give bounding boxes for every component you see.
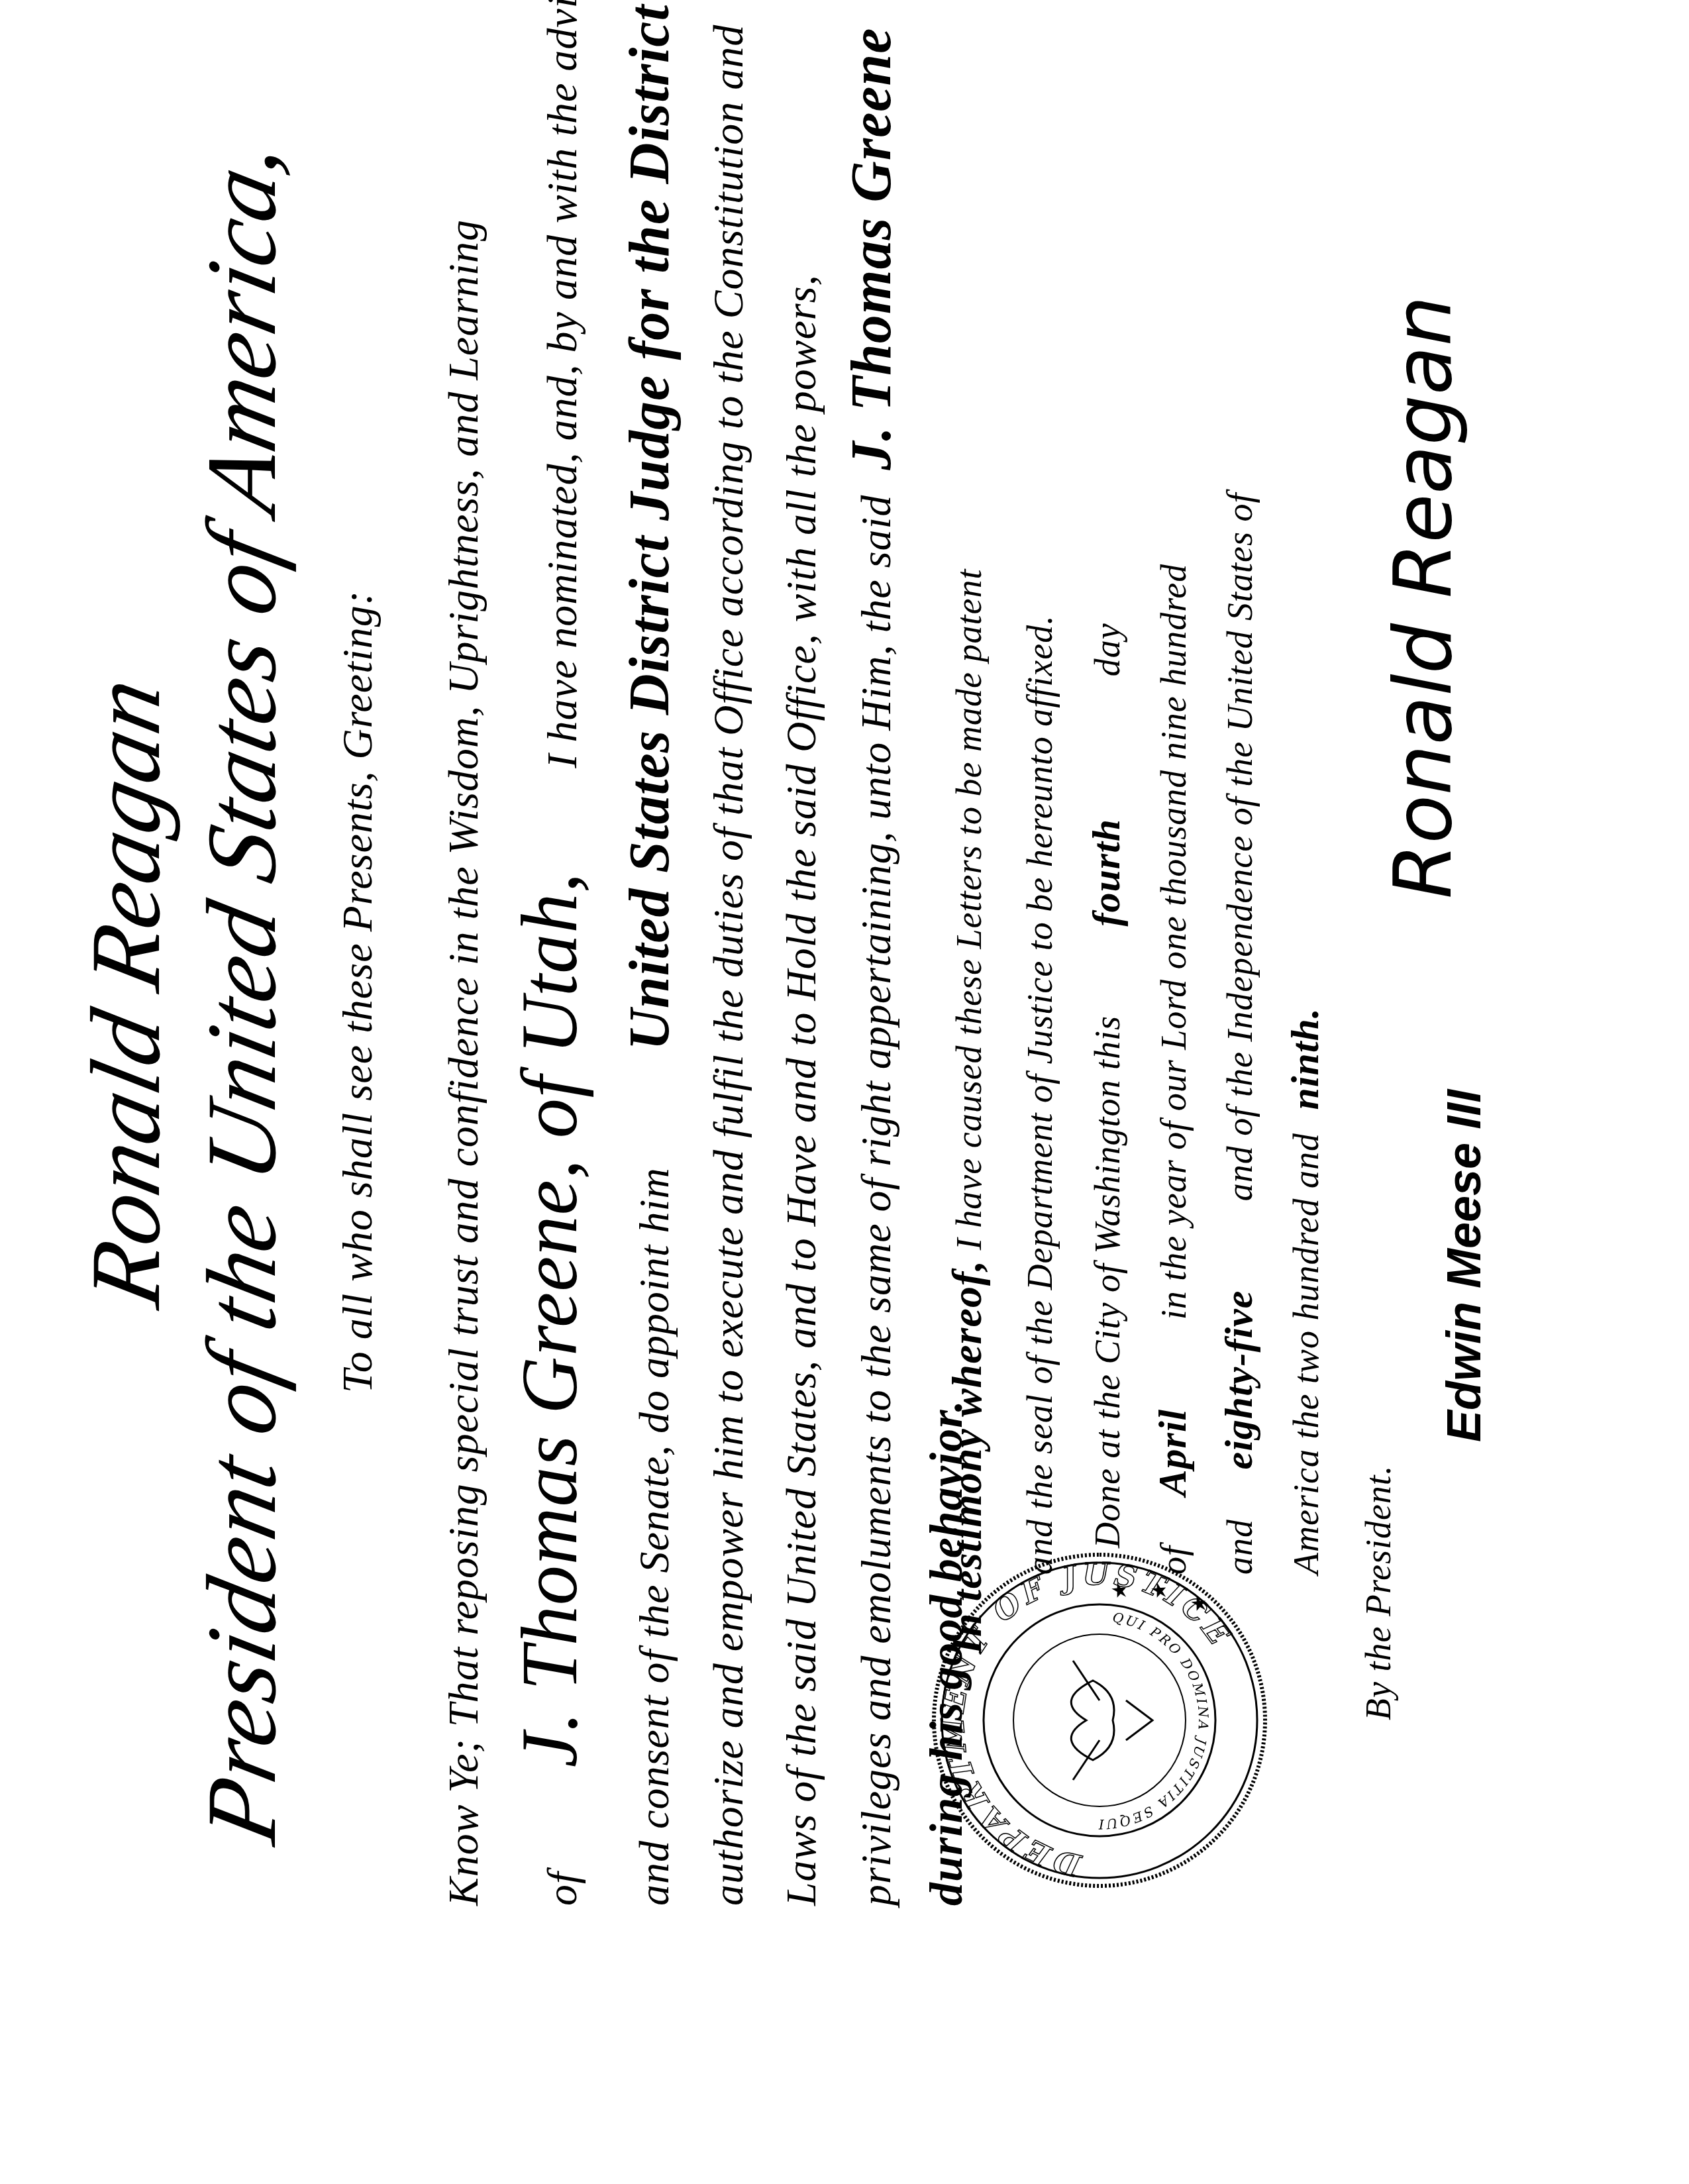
- greeting-line: To all who shall see these Presents, Gre…: [331, 263, 384, 1720]
- testimony-text: and of the Independence of the United St…: [1220, 492, 1260, 1201]
- svg-text:★: ★: [1148, 1582, 1171, 1601]
- commission-page: Ronald Reagan President of the United St…: [0, 0, 1689, 2184]
- svg-text:★: ★: [1108, 1582, 1131, 1601]
- body-text: Know Ye; That reposing special trust and…: [440, 219, 487, 1906]
- testimony-line-5: and eighty-five and of the Independence …: [1212, 492, 1266, 1575]
- testimony-text: Done at the City of Washington this: [1088, 1015, 1127, 1548]
- body-line-6: privileges and emoluments to the same of…: [844, 27, 903, 1906]
- body-text: and consent of the Senate, do appoint hi…: [631, 1167, 678, 1906]
- testimony-line-2: and the seal of the Department of Justic…: [1013, 615, 1066, 1575]
- appointee-name-fill: J. Thomas Greene: [839, 27, 903, 470]
- appointee-name-fill: J. Thomas Greene, of Utah,: [505, 872, 593, 1767]
- body-line-5: Laws of the said United States, and to H…: [775, 274, 828, 1906]
- department-of-justice-seal-icon: DEPARTMENT OF JUSTICE QUI PRO DOMINA JUS…: [927, 1548, 1272, 1893]
- president-title-heading: President of the United States of Americ…: [185, 19, 298, 1964]
- body-text: of: [538, 1871, 586, 1906]
- rotated-document: Ronald Reagan President of the United St…: [0, 0, 1689, 2184]
- attorney-general-signature: Edwin Meese III: [1437, 1090, 1492, 1442]
- body-text: Laws of the said United States, and to H…: [778, 274, 825, 1906]
- body-line-4: authorize and empower him to execute and…: [702, 25, 755, 1906]
- testimony-line-1: In testimony whereof, I have caused thes…: [941, 569, 996, 1654]
- body-text: authorize and empower him to execute and…: [705, 25, 752, 1906]
- testimony-text: I have caused these Letters to be made p…: [949, 569, 989, 1251]
- testimony-text: America the two hundred and: [1286, 1133, 1326, 1575]
- testimony-text: and the seal of the Department of Justic…: [1020, 615, 1060, 1575]
- president-name-heading: Ronald Reagan: [70, 549, 182, 1434]
- svg-text:★: ★: [1188, 1595, 1211, 1614]
- testimony-line-4: of April in the year of our Lord one tho…: [1146, 564, 1200, 1575]
- testimony-text: in the year of our Lord one thousand nin…: [1154, 564, 1194, 1320]
- body-line-1: Know Ye; That reposing special trust and…: [437, 219, 490, 1906]
- testimony-line-6: America the two hundred and ninth.: [1278, 1008, 1333, 1575]
- president-signature: Ronald Reagan: [1378, 295, 1470, 899]
- independence-year-fill: ninth.: [1283, 1008, 1327, 1110]
- testimony-line-3: Done at the City of Washington this four…: [1080, 623, 1134, 1548]
- body-line-3: and consent of the Senate, do appoint hi…: [623, 0, 681, 1906]
- month-fill: April: [1151, 1409, 1194, 1496]
- office-fill: United States District Judge for the Dis…: [617, 0, 681, 1050]
- body-text: I have nominated, and, by and with the a…: [538, 0, 586, 768]
- testimony-text: day: [1088, 623, 1127, 676]
- by-the-president-label: By the President.: [1358, 1465, 1399, 1720]
- day-fill: fourth: [1084, 819, 1128, 927]
- body-text: privileges and emoluments to the same of…: [852, 495, 899, 1906]
- body-line-2: of J. Thomas Greene, of Utah, I have nom…: [523, 0, 589, 1906]
- year-fill: eighty-five: [1217, 1290, 1260, 1470]
